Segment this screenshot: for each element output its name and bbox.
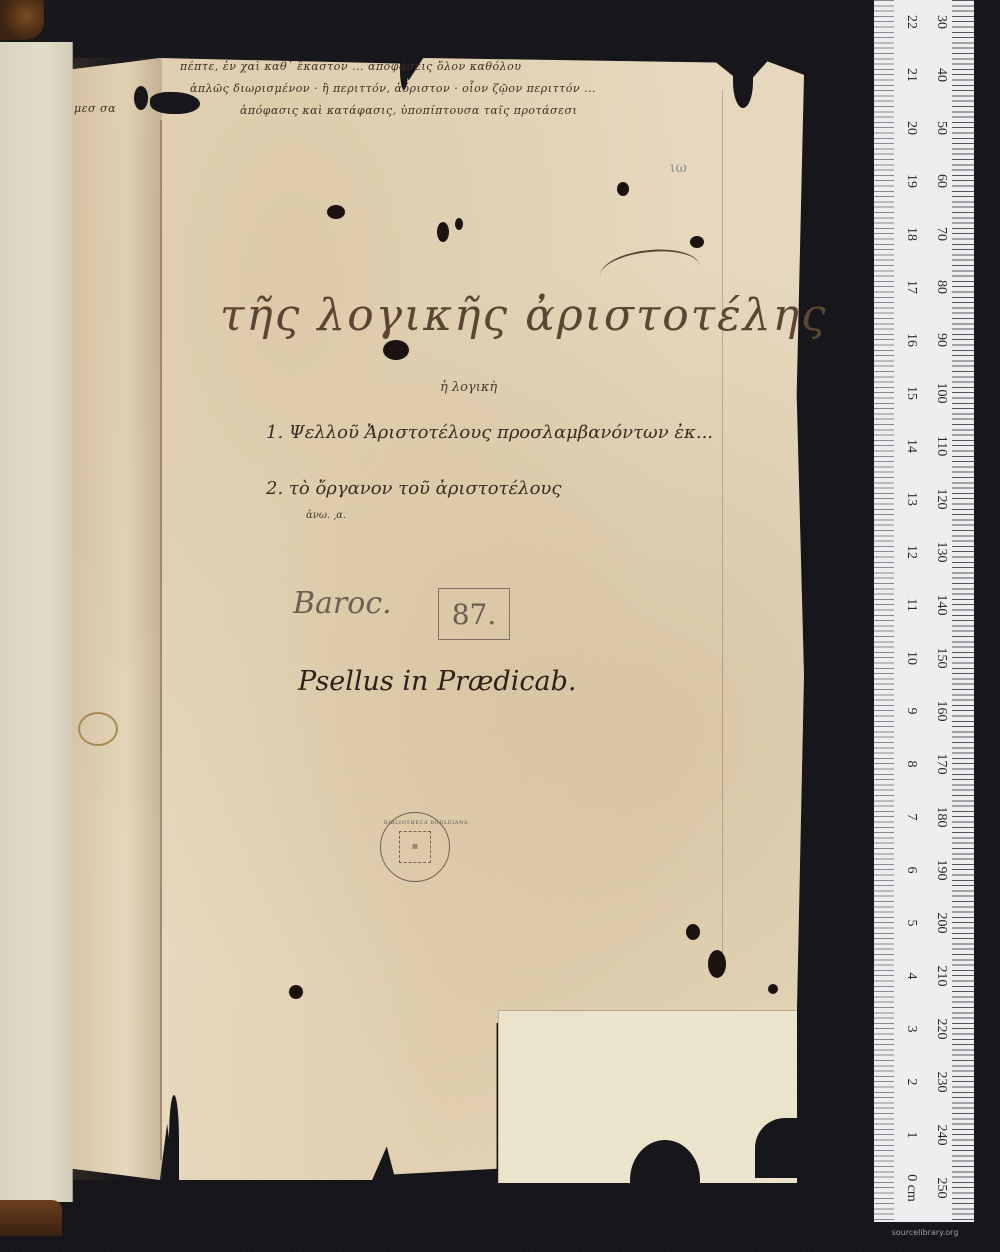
leaf-inner-margin: [72, 58, 162, 1180]
ink-blot: [690, 236, 704, 248]
ruler-mm-label: 240: [933, 1115, 949, 1155]
ruler-mm-label: 130: [933, 532, 949, 572]
ruler-cm-label: 16: [903, 320, 919, 360]
measurement-ruler: 22 21 20 19 18 17 16 15 14 13 12 11 10 9…: [874, 0, 974, 1222]
ruler-cm-label: 0 cm: [903, 1168, 919, 1208]
fold-line: [160, 120, 162, 1160]
ruler-cm-label: 4: [903, 956, 919, 996]
ruler-cm-label: 13: [903, 479, 919, 519]
shelfmark-prefix: Baroc.: [293, 586, 392, 621]
ruler-cm-label: 18: [903, 214, 919, 254]
top-note-line-2: ἁπλῶς διωρισμένον · ἢ περιττόν, ἀόριστον…: [190, 82, 596, 95]
ruler-cm-label: 21: [903, 55, 919, 95]
ink-blot: [455, 218, 463, 230]
ruler-mm-label: 160: [933, 691, 949, 731]
ruler-cm-label: 19: [903, 161, 919, 201]
ruler-mm-label: 230: [933, 1062, 949, 1102]
shelfmark-number: 87.: [452, 598, 497, 631]
ruler-mm-label: 110: [933, 426, 949, 466]
ink-blot: [686, 924, 700, 940]
manuscript-title: τῆς λογικῆς ἀριστοτέλης: [220, 290, 828, 341]
tear-notch: [169, 1095, 179, 1185]
ruler-cm-label: 7: [903, 797, 919, 837]
ruler-mm-label: 60: [933, 161, 949, 201]
ruler-mm-label: 150: [933, 638, 949, 678]
binding-thread-icon: [78, 712, 118, 746]
top-note-line-1: πέπτε, ἐν χαὶ καθ᾽ ἕκαστον ... ἀποφάσεις…: [180, 60, 521, 73]
ruler-cm-label: 9: [903, 691, 919, 731]
ruler-cm-label: 12: [903, 532, 919, 572]
manuscript-subtitle: ἡ λογικὴ: [440, 380, 497, 395]
ink-blot: [383, 340, 409, 360]
ruler-mm-label: 170: [933, 744, 949, 784]
contents-item-2: 2. τὸ ὄργανον τοῦ ἀριστοτέλους: [266, 478, 561, 499]
ruler-mm-ticks: [952, 0, 974, 1222]
ruler-mm-label: 80: [933, 267, 949, 307]
ruler-mm-label: 220: [933, 1009, 949, 1049]
ruler-mm-label: 50: [933, 108, 949, 148]
ruler-cm-label: 17: [903, 267, 919, 307]
ink-blot: [768, 984, 778, 994]
ruler-mm-label: 30: [933, 2, 949, 42]
ruler-mm-label: 140: [933, 585, 949, 625]
ruler-cm-label: 20: [903, 108, 919, 148]
ruler-mm-label: 120: [933, 479, 949, 519]
tear-hole: [755, 1118, 815, 1178]
contents-number: 1.: [266, 422, 283, 443]
stamp-text: BIBLIOTHECA BODLEIANA: [384, 820, 468, 826]
ink-blot: [617, 182, 629, 196]
tear-hole: [134, 86, 148, 110]
shelfmark-number-box: 87.: [438, 588, 510, 640]
contents-text: Ψελλοῦ Ἀριστοτέλους προσλαμβανόντων ἐκ..…: [289, 422, 713, 443]
latin-title: Psellus in Prædicab.: [298, 666, 576, 697]
contents-sub-note: ἀνω. ͵α.: [306, 510, 346, 521]
ruler-cm-label: 3: [903, 1009, 919, 1049]
ruler-cm-label: 22: [903, 2, 919, 42]
binding-leather-bottom: [0, 1200, 62, 1236]
watermark: sourcelibrary.org: [880, 1228, 970, 1237]
tear-hole: [150, 92, 200, 114]
ruler-mm-label: 200: [933, 903, 949, 943]
ruler-cm-label: 2: [903, 1062, 919, 1102]
ruler-mm-label: 40: [933, 55, 949, 95]
ruler-cm-label: 15: [903, 373, 919, 413]
ruler-mm-label: 70: [933, 214, 949, 254]
binding-flyleaf: [0, 42, 73, 1202]
ruler-cm-label: 6: [903, 850, 919, 890]
ink-blot: [437, 222, 449, 242]
ruler-cm-label: 5: [903, 903, 919, 943]
contents-item-1: 1. Ψελλοῦ Ἀριστοτέλους προσλαμβανόντων ἐ…: [266, 422, 713, 443]
ruler-mm-label: 100: [933, 373, 949, 413]
tear-hole: [630, 1140, 700, 1220]
ink-blot: [327, 205, 345, 219]
contents-text: τὸ ὄργανον τοῦ ἀριστοτέλους: [289, 478, 562, 499]
ink-blot: [708, 950, 726, 978]
ink-blot: [289, 985, 303, 999]
ruler-cm-label: 10: [903, 638, 919, 678]
ruler-cm-label: 14: [903, 426, 919, 466]
ruler-mm-label: 180: [933, 797, 949, 837]
left-margin-note: μεσ σα: [74, 102, 116, 115]
top-note-line-3: ἀπόφασις καὶ κατάφασις, ὑποπίπτουσα ταῖς…: [240, 104, 577, 117]
ruler-mm-label: 190: [933, 850, 949, 890]
binding-leather-top: [0, 0, 44, 40]
ruler-cm-label: 11: [903, 585, 919, 625]
tear-notch: [733, 56, 753, 108]
folio-mark: ιω: [670, 160, 687, 176]
fold-line-right: [722, 90, 723, 970]
ruler-cm-label: 1: [903, 1115, 919, 1155]
ruler-mm-label: 210: [933, 956, 949, 996]
ruler-cm-ticks: [874, 0, 894, 1222]
stamp-emblem-icon: ▦: [399, 831, 431, 863]
ruler-mm-label: 90: [933, 320, 949, 360]
ruler-cm-label: 8: [903, 744, 919, 784]
contents-number: 2.: [266, 478, 283, 499]
ruler-mm-label: 250: [933, 1168, 949, 1208]
